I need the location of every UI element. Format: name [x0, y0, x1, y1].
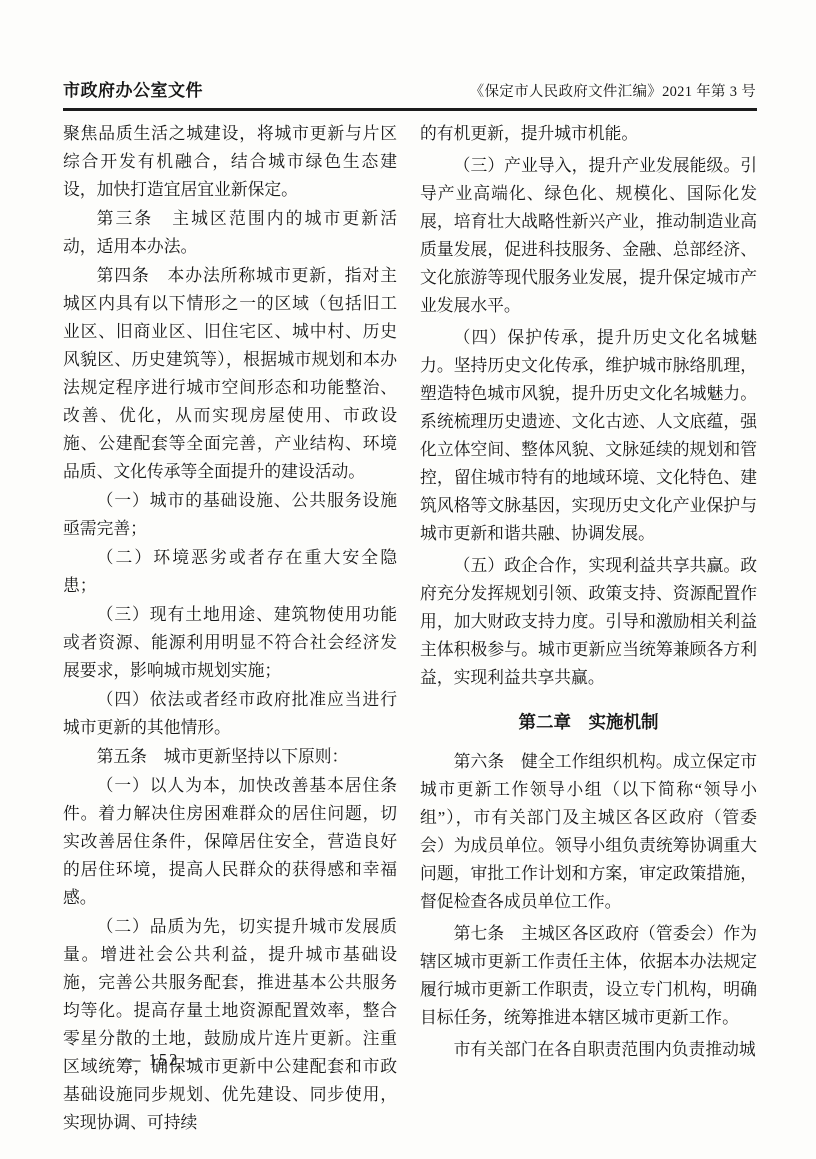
- document-page: 市政府办公室文件 《保定市人民政府文件汇编》2021 年第 3 号 聚焦品质生活…: [0, 0, 816, 1159]
- paragraph: （三）现有土地用途、建筑物使用功能或者资源、能源利用明显不符合社会经济发展要求，…: [63, 601, 397, 685]
- paragraph: （一）以人为本，加快改善基本居住条件。着力解决住房困难群众的居住问题，切实改善居…: [63, 772, 397, 912]
- paragraph: 第四条 本办法所称城市更新，指对主城区内具有以下情形之一的区域（包括旧工业区、旧…: [63, 262, 397, 486]
- left-column: 聚焦品质生活之城建设，将城市更新与片区综合开发有机融合，结合城市绿色生态建设，加…: [63, 120, 397, 1137]
- paragraph: （二）环境恶劣或者存在重大安全隐患；: [63, 544, 397, 600]
- page-footer: — 152 —: [124, 1050, 204, 1070]
- paragraph: 第七条 主城区各区政府（管委会）作为辖区城市更新工作责任主体，依据本办法规定履行…: [420, 920, 757, 1032]
- paragraph: 第五条 城市更新坚持以下原则：: [63, 743, 397, 771]
- header-doc-type: 市政府办公室文件: [63, 76, 203, 101]
- document-body: 聚焦品质生活之城建设，将城市更新与片区综合开发有机融合，结合城市绿色生态建设，加…: [63, 120, 757, 1137]
- chapter-heading: 第二章 实施机制: [420, 708, 757, 736]
- page-number: — 152 —: [124, 1050, 204, 1069]
- right-column: 的有机更新，提升城市机能。（三）产业导入，提升产业发展能级。引导产业高端化、绿色…: [420, 120, 757, 1137]
- paragraph: 市有关部门在各自职责范围内负责推动城: [420, 1036, 757, 1064]
- header-divider: [63, 108, 757, 111]
- paragraph: （二）品质为先，切实提升城市发展质量。增进社会公共利益，提升城市基础设施，完善公…: [63, 913, 397, 1137]
- paragraph: （三）产业导入，提升产业发展能级。引导产业高端化、绿色化、规模化、国际化发展，培…: [420, 152, 757, 320]
- page-header: 市政府办公室文件 《保定市人民政府文件汇编》2021 年第 3 号: [63, 0, 756, 101]
- paragraph: 第六条 健全工作组织机构。成立保定市城市更新工作领导小组（以下简称“领导小组”）…: [420, 748, 757, 916]
- paragraph: （一）城市的基础设施、公共服务设施亟需完善；: [63, 487, 397, 543]
- paragraph: （五）政企合作，实现利益共享共赢。政府充分发挥规划引领、政策支持、资源配置作用，…: [420, 552, 757, 692]
- header-compilation-title: 《保定市人民政府文件汇编》2021 年第 3 号: [470, 80, 756, 101]
- paragraph: 第三条 主城区范围内的城市更新活动，适用本办法。: [63, 205, 397, 261]
- paragraph: 的有机更新，提升城市机能。: [420, 120, 757, 148]
- paragraph: 聚焦品质生活之城建设，将城市更新与片区综合开发有机融合，结合城市绿色生态建设，加…: [63, 120, 397, 204]
- paragraph: （四）依法或者经市政府批准应当进行城市更新的其他情形。: [63, 686, 397, 742]
- paragraph: （四）保护传承，提升历史文化名城魅力。坚持历史文化传承，维护城市脉络肌理，塑造特…: [420, 324, 757, 548]
